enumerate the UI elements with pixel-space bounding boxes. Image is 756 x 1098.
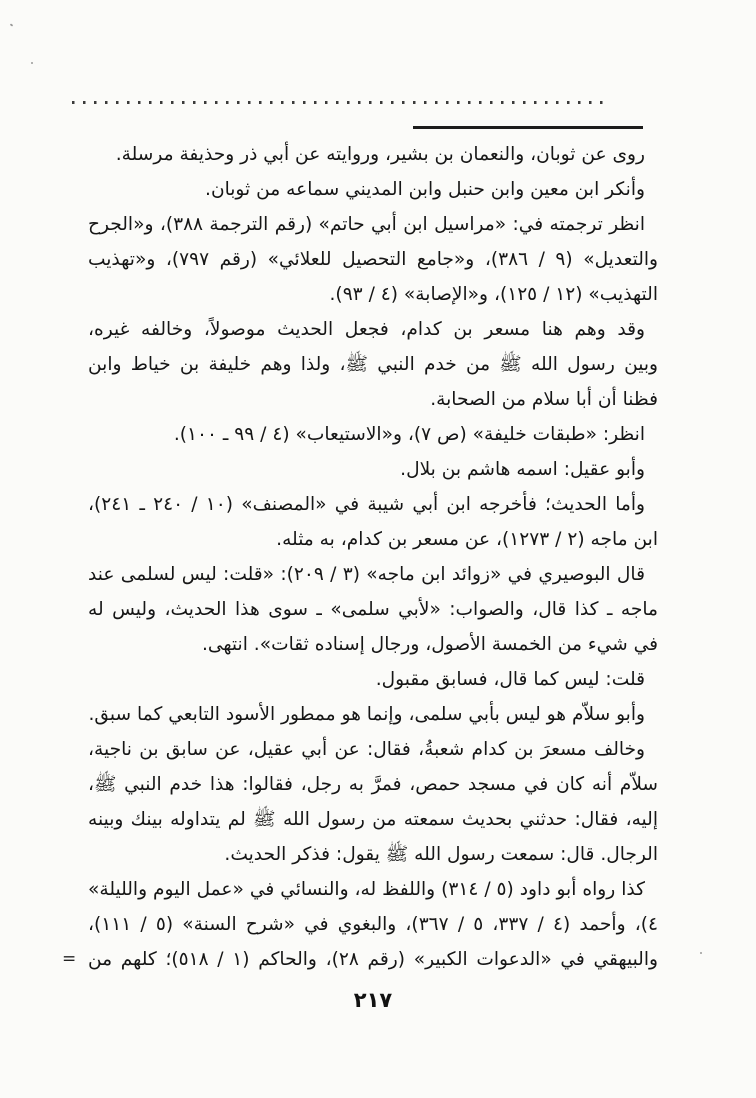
scan-speck: [700, 952, 702, 954]
footnote-text-block: روى عن ثوبان، والنعمان بن بشير، وروايته …: [88, 137, 658, 977]
text-line: ابن ماجه (٢ / ١٢٧٣)، عن مسعر بن كدام، به…: [88, 522, 658, 557]
text-line: وأما الحديث؛ فأخرجه ابن أبي شيبة في «الم…: [88, 487, 658, 522]
text-line: وأبو سلاّم هو ليس بأبي سلمى، وإنما هو مم…: [88, 697, 658, 732]
text-line: والتعديل» (٩ / ٣٨٦)، و«جامع التحصيل للعل…: [88, 242, 658, 277]
footnote-continuation-mark: =: [62, 942, 86, 977]
scan-speck: [31, 62, 33, 64]
text-line: انظر ترجمته في: «مراسيل ابن أبي حاتم» (ر…: [88, 207, 658, 242]
text-line: والبيهقي في «الدعوات الكبير» (رقم ٢٨)، و…: [88, 942, 658, 977]
scanned-book-page: روى عن ثوبان، والنعمان بن بشير، وروايته …: [0, 0, 756, 1098]
text-line: ٤)، وأحمد (٤ / ٣٣٧، ٥ / ٣٦٧)، والبغوي في…: [88, 907, 658, 942]
text-line: التهذيب» (١٢ / ١٢٥)، و«الإصابة» (٤ / ٩٣)…: [88, 277, 658, 312]
ellipsis-dots-row: [72, 101, 608, 104]
text-line: روى عن ثوبان، والنعمان بن بشير، وروايته …: [88, 137, 658, 172]
text-line: وأنكر ابن معين وابن حنبل وابن المديني سم…: [88, 172, 658, 207]
page-number: ٢١٧: [0, 988, 746, 1012]
text-line: وقد وهم هنا مسعر بن كدام، فجعل الحديث مو…: [88, 312, 658, 347]
text-line: قلت: ليس كما قال، فسابق مقبول.: [88, 662, 658, 697]
text-line: كذا رواه أبو داود (٥ / ٣١٤) واللفظ له، و…: [88, 872, 658, 907]
text-line: سلاّم أنه كان في مسجد حمص، فمرَّ به رجل،…: [88, 767, 658, 802]
scan-speck: [10, 23, 14, 26]
text-line: فظنا أن أبا سلام من الصحابة.: [88, 382, 658, 417]
text-line: ماجه ـ كذا قال، والصواب: «لأبي سلمى» ـ س…: [88, 592, 658, 627]
text-line: وأبو عقيل: اسمه هاشم بن بلال.: [88, 452, 658, 487]
text-line: الرجال. قال: سمعت رسول الله ﷺ يقول: فذكر…: [88, 837, 658, 872]
text-line: وبين رسول الله ﷺ من خدم النبي ﷺ، ولذا وه…: [88, 347, 658, 382]
text-line: وخالف مسعرَ بن كدام شعبةُ، فقال: عن أبي …: [88, 732, 658, 767]
text-line: إليه، فقال: حدثني بحديث سمعته من رسول ال…: [88, 802, 658, 837]
text-line: قال البوصيري في «زوائد ابن ماجه» (٣ / ٢٠…: [88, 557, 658, 592]
text-line: انظر: «طبقات خليفة» (ص ٧)، و«الاستيعاب» …: [88, 417, 658, 452]
text-line: في شيء من الخمسة الأصول، ورجال إسناده ثق…: [88, 627, 658, 662]
footnote-separator-rule: [413, 126, 643, 129]
